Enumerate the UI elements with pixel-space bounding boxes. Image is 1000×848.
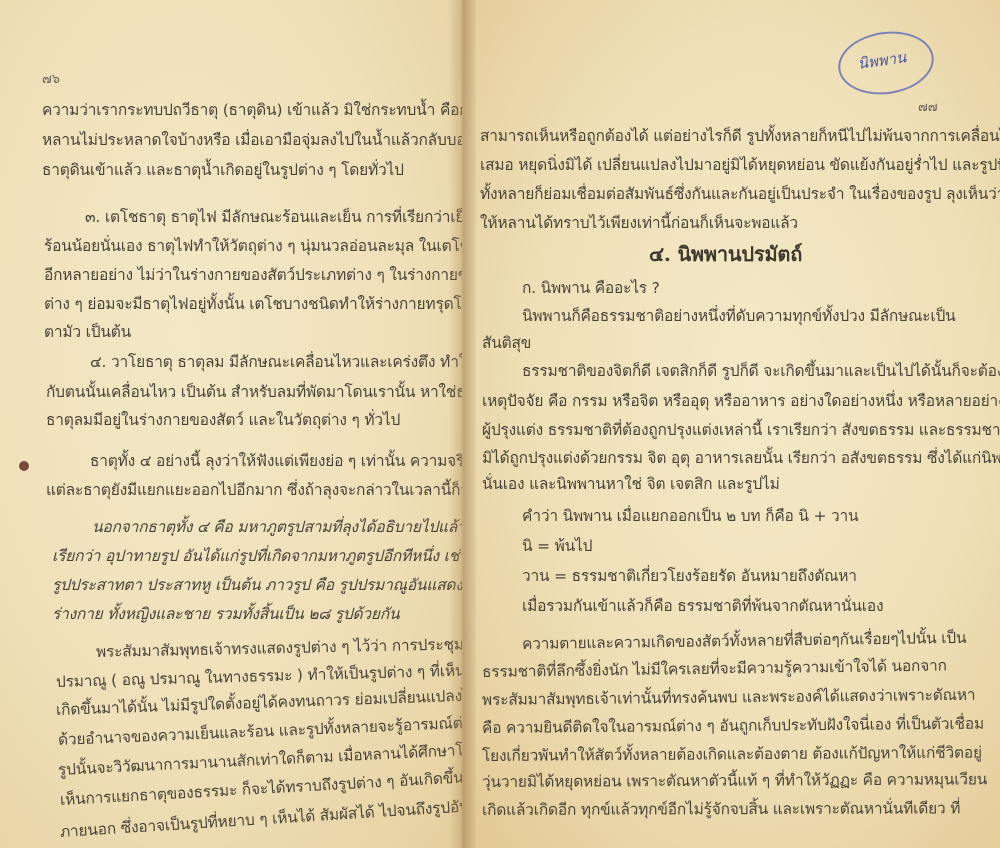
text-line: ให้หลานได้ทราบไว้เพียงเท่านี้ก่อนก็เห็นจ… [480, 213, 798, 233]
subheading: ก. นิพพาน คืออะไร ? [522, 278, 660, 298]
text-line: ผู้ปรุงแต่ง ธรรมชาติที่ต้องถูกปรุงแต่งเห… [482, 420, 1000, 440]
text-line: นิพพานก็คือธรรมชาติอย่างหนึ่งที่ดับความท… [522, 306, 956, 326]
text-line: ทั้งหลายก็ย่อมเชื่อมต่อสัมพันธ์ซึ่งกันแล… [480, 184, 1000, 204]
ink-blot [19, 461, 29, 471]
text-line: สันติสุข [482, 333, 531, 353]
text-line: สามารถเห็นหรือถูกต้องได้ แต่อย่างไรก็ดี … [480, 126, 1000, 146]
text-line: นอกจากธาตุทั้ง ๔ คือ มหาภูตรูปสามที่ลุงไ… [92, 517, 462, 537]
text-line: เกิดแล้วเกิดอีก ทุกข์แล้วทุกข์อีกไม่รู้จ… [482, 798, 960, 820]
text-line: ความว่าเรากระทบปถวีธาตุ (ธาตุดิน) เข้าแล… [42, 100, 462, 120]
text-line: พระสัมมาสัมพุทธเจ้าทรงแสดงรูปต่าง ๆ ไว้ว… [96, 633, 462, 662]
text-line: ตามัว เป็นต้น [44, 322, 131, 342]
right-page-number: ๗๗ [918, 96, 938, 117]
section-heading: ๔. นิพพานปรมัตถ์ [649, 244, 802, 264]
text-line: กับตนนั้นเคลื่อนไหว เป็นต้น สำหรับลมที่พ… [46, 382, 462, 402]
text-line: วุ่นวายมิได้หยุดหย่อน เพราะตัณหาตัวนี้แท… [482, 769, 987, 792]
text-line: เมื่อรวมกันเข้าแล้วก็คือ ธรรมชาติที่พ้นจ… [522, 596, 883, 616]
right-page: สามารถเห็นหรือถูกต้องได้ แต่อย่างไรก็ดี … [462, 0, 1000, 848]
text-line: อีกหลายอย่าง ไม่ว่าในร่างกายของสัตว์ประเ… [44, 265, 462, 285]
text-line: ธาตุทั้ง ๔ อย่างนี้ ลุงว่าให้ฟังแต่เพียง… [90, 451, 462, 471]
text-line: ความตายและความเกิดของสัตว์ทั้งหลายที่สืบ… [522, 628, 967, 654]
text-line: โยงเกี่ยวพันทำให้สัตว์ทั้งหลายต้องเกิดแล… [482, 743, 982, 766]
text-line: เสมอ หยุดนิ่งมิได้ เปลี่ยนแปลงไปมาอยู่มิ… [480, 155, 1000, 175]
text-line: เรียกว่า อุปาทายรูป อันได้แก่รูปที่เกิดจ… [52, 546, 462, 566]
text-line: เหตุปัจจัย คือ กรรม หรือจิต หรืออุตุ หรื… [482, 391, 1000, 411]
text-line: นิ = พ้นไป [522, 536, 592, 556]
text-line: ธรรมชาติที่ลึกซึ้งยิ่งนัก ไม่มีใครเลยที่… [482, 656, 947, 682]
text-line: แต่ละธาตุยังมีแยกแยะออกไปอีกมาก ซึ่งถ้าล… [46, 480, 462, 500]
left-page-number: ๗๖ [42, 68, 60, 89]
text-line: วาน = ธรรมชาติเกี่ยวโยงร้อยรัด อันหมายถึ… [522, 566, 857, 586]
left-page: ๗๖ ความว่าเรากระทบปถวีธาตุ (ธาตุดิน) เข้… [0, 0, 462, 848]
text-line: นั่นเอง และนิพพานหาใช่ จิต เจตสิก และรูป… [482, 474, 780, 494]
text-line: ธาตุดินเข้าแล้ว และธาตุน้ำเกิดอยู่ในรูปต… [42, 160, 404, 180]
text-line: ร่างกาย ทั้งหญิงและชาย รวมทั้งสิ้นเป็น ๒… [52, 604, 399, 624]
text-line: คำว่า นิพพาน เมื่อแยกออกเป็น ๒ บท ก็คือ … [522, 506, 858, 526]
text-line: คือ ความยินดีติดใจในอารมณ์ต่าง ๆ อันถูกเ… [482, 714, 984, 738]
text-line: ๔. วาโยธาตุ ธาตุลม มีลักษณะเคลื่อนไหวและ… [90, 352, 462, 372]
text-line: ต่าง ๆ ย่อมจะมีธาตุไฟอยู่ทั้งนั้น เตโชบา… [44, 294, 462, 314]
text-line: หลานไม่ประหลาดใจบ้างหรือ เมื่อเอามือจุ่ม… [42, 130, 462, 150]
book-spine-gutter [448, 0, 476, 848]
text-line: พระสัมมาสัมพุทธเจ้าเท่านั้นที่ทรงค้นพบ แ… [482, 685, 976, 710]
text-line: ปรมาณู ( อณู ปรมาณู ในทางธรรมะ ) ทำให้เป… [56, 658, 462, 692]
open-book-photo: ๗๖ ความว่าเรากระทบปถวีธาตุ (ธาตุดิน) เข้… [0, 0, 1000, 848]
annotation-text: นิพพาน [856, 45, 908, 76]
text-line: ร้อนน้อยนั่นเอง ธาตุไฟทำให้วัตถุต่าง ๆ น… [44, 236, 462, 256]
text-line: รูปประสาทตา ประสาทหู เป็นต้น ภาวรูป คือ … [52, 575, 462, 595]
text-line: ธรรมชาติของจิตก็ดี เจตสิกก็ดี รูปก็ดี จะ… [522, 361, 1000, 381]
text-line: มิได้ถูกปรุงแต่งด้วยกรรม จิต อุตุ อาหารเ… [482, 448, 1000, 468]
text-line: ธาตุลมมีอยู่ในร่างกายของสัตว์ และในวัตถุ… [46, 410, 400, 430]
text-line: ๓. เตโชธาตุ ธาตุไฟ มีลักษณะร้อนและเย็น ก… [85, 207, 462, 227]
